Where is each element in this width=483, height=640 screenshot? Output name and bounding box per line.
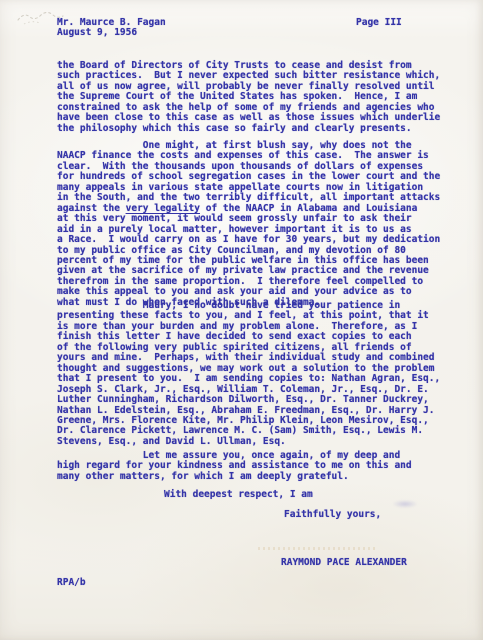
paragraph-4: Let me assure you, once again, of my dee… bbox=[57, 451, 412, 482]
paragraph-1: the Board of Directors of City Trusts to… bbox=[57, 61, 440, 134]
paragraph-2-part-b: at this very moment, it would seem gross… bbox=[57, 214, 440, 308]
respect-line: With deepest respect, I am bbox=[164, 490, 313, 500]
page-number: Page III bbox=[356, 18, 402, 28]
signature-name: RAYMOND PACE ALEXANDER bbox=[281, 558, 407, 568]
valediction: Faithfully yours, bbox=[284, 510, 381, 520]
header-recipient-block: Mr. Maurce B. Fagan August 9, 1956 bbox=[57, 18, 166, 39]
paragraph-2-part-a: One might, at first blush say, why does … bbox=[57, 141, 440, 204]
ink-smudge bbox=[392, 500, 418, 508]
paragraph-3: Maury, I no doubt have tried your patien… bbox=[57, 301, 440, 447]
typist-initials: RPA/b bbox=[57, 578, 86, 588]
paragraph-2: One might, at first blush say, why does … bbox=[57, 141, 440, 308]
letter-date: August 9, 1956 bbox=[57, 28, 166, 38]
letter-page: Mr. Maurce B. Fagan August 9, 1956 Page … bbox=[0, 0, 483, 640]
paper-speckle bbox=[258, 547, 378, 550]
